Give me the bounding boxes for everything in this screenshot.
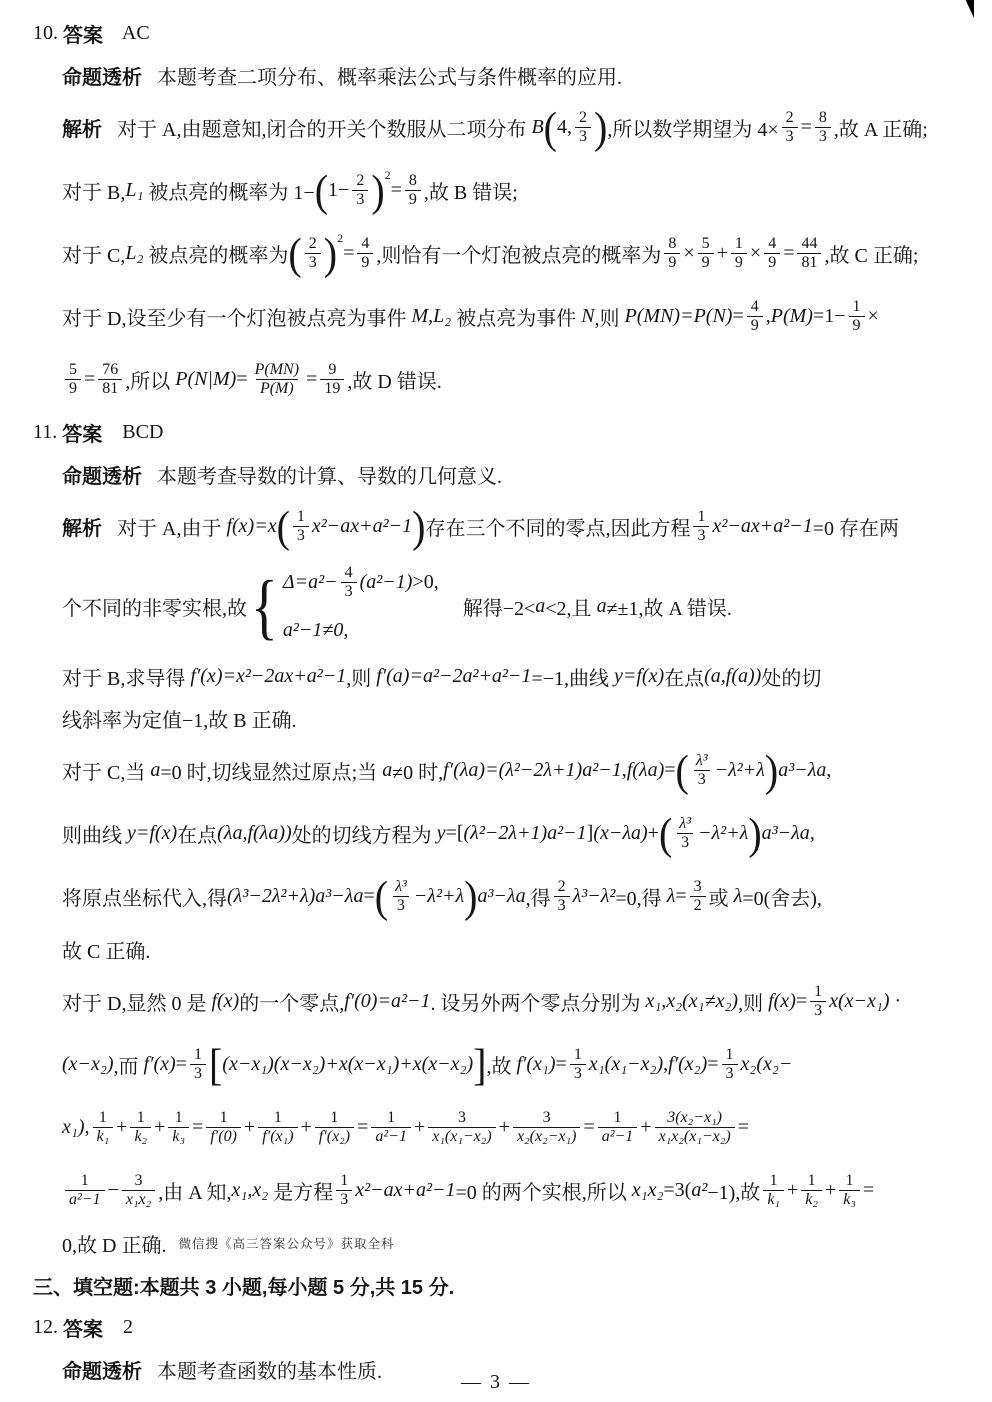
- text-run: ,故 B 错误;: [424, 176, 518, 205]
- text-run: +: [640, 1116, 651, 1139]
- fraction: 3x₁x₂: [122, 1172, 155, 1210]
- text-run: ≠0 时,: [392, 756, 443, 785]
- document-line: 将原点坐标代入,得(λ³−2λ²+λ)a³−λa=(λ³3−λ²+λ)a³−λa…: [33, 865, 966, 928]
- fraction: 4481: [797, 235, 821, 273]
- text-run: ,所以数学期望为 4×: [607, 113, 778, 142]
- big-paren: ): [324, 232, 337, 276]
- text-run: 对于 C,: [62, 239, 125, 268]
- text-run: =: [707, 1053, 718, 1076]
- fraction-denominator: 3: [693, 526, 709, 545]
- fraction-denominator: 3: [554, 896, 570, 915]
- text-run: ,故 D 错误.: [347, 365, 441, 394]
- fraction: λ³3: [692, 752, 712, 790]
- fraction: 49: [747, 298, 763, 336]
- fraction-denominator: k₃: [168, 1127, 189, 1146]
- fraction-numerator: 5: [65, 361, 81, 379]
- fraction-numerator: 1: [722, 1046, 738, 1064]
- text-run: =0 的两个实根,所以: [455, 1176, 631, 1205]
- math-run: y=f(x): [614, 665, 664, 688]
- text-run: +: [825, 1179, 836, 1202]
- math-run: a²−1≠0,: [283, 619, 348, 642]
- fraction: 19: [849, 298, 865, 336]
- math-run: x₁(x₁−x₂): [589, 1053, 663, 1076]
- text-run: 的一个零点,: [239, 987, 344, 1016]
- text-run: +: [787, 1179, 798, 1202]
- fraction-denominator: 9: [698, 253, 714, 272]
- fraction-numerator: 3: [690, 878, 706, 896]
- text-run: =0,得: [615, 882, 666, 911]
- fraction: 89: [664, 235, 680, 273]
- cases-line: a²−1≠0,: [283, 612, 439, 650]
- text-run: 对于 A,由题意知,闭合的开关个数服从二项分布: [102, 113, 531, 142]
- text-run: =: [583, 1116, 594, 1139]
- text-run: ,: [85, 1116, 90, 1139]
- text-run: 在点: [177, 819, 217, 848]
- fraction-numerator: 1: [842, 1172, 858, 1190]
- text-run: =: [732, 305, 743, 328]
- document-line: 解析 对于 A,由于 f(x)=x(13x²−ax+a²−1)存在三个不同的零点…: [33, 495, 966, 558]
- document-line: (x−x₂),而 f′(x)=13[(x−x₁)(x−x₂)+x(x−x₁)+x…: [33, 1033, 966, 1096]
- text-run: =0 时,切线显然过原点;当: [160, 756, 382, 785]
- document-line: 11. 答案 BCD: [33, 411, 966, 453]
- document-line: x₁),1k₁+1k₂+1k₃=1f′(0)+1f′(x₁)+1f′(x₂)=1…: [33, 1096, 966, 1159]
- fraction: 49: [357, 235, 373, 273]
- text-run: 1−: [328, 179, 349, 202]
- math-run: a³−λa: [762, 822, 810, 845]
- bold-label: 答案: [62, 418, 102, 447]
- math-run: λ: [734, 885, 743, 908]
- page-number: — 3 —: [0, 1371, 992, 1394]
- math-run: P(MN)=P(N): [625, 305, 733, 328]
- text-run: +: [648, 822, 659, 845]
- text-run: =3(: [663, 1179, 691, 1202]
- fraction-denominator: x₂(x₂−x₁): [513, 1127, 580, 1146]
- fraction-numerator: 1: [326, 1109, 342, 1127]
- fraction-numerator: 4: [357, 235, 373, 253]
- text-run: ×: [750, 242, 761, 265]
- bold-label: 答案: [63, 19, 103, 48]
- text-run: 本题考查导数的计算、导数的几何意义.: [142, 460, 502, 489]
- fraction: 89: [405, 172, 421, 210]
- fraction: 43: [341, 564, 357, 602]
- math-run: x²−ax+a²−1: [355, 1179, 455, 1202]
- text-run: 对于 D,设至少有一个灯泡被点亮为事件: [62, 302, 411, 331]
- text-run: ,而: [114, 1050, 144, 1079]
- document-line: 对于 C,当 a=0 时,切线显然过原点;当 a≠0 时,f′(λa)=(λ²−…: [33, 739, 966, 802]
- math-run: L₂: [125, 242, 143, 265]
- fraction: 19: [731, 235, 747, 273]
- text-run: ×: [683, 242, 694, 265]
- fraction-denominator: 9: [764, 253, 780, 272]
- big-paren: (: [277, 505, 290, 549]
- math-run: f′(x)=x²−2ax+a²−1: [190, 665, 346, 688]
- fraction: 23: [305, 235, 321, 273]
- text-run: −: [108, 1179, 119, 1202]
- fraction: 23: [554, 878, 570, 916]
- text-run: =: [675, 885, 686, 908]
- fraction-denominator: 3: [336, 1190, 352, 1209]
- math-run: B: [531, 116, 543, 139]
- text-run: 12.: [33, 1316, 63, 1339]
- cases-brace: {: [251, 570, 278, 643]
- bold-label: 解析: [62, 512, 102, 541]
- fraction-numerator: 8: [405, 172, 421, 190]
- text-run: 本题考查二项分布、概率乘法公式与条件概率的应用.: [142, 61, 622, 90]
- fraction: 1f′(0): [206, 1109, 241, 1147]
- fraction-numerator: 9: [324, 361, 340, 379]
- fraction-denominator: 3: [190, 1064, 206, 1083]
- math-run: M: [411, 305, 428, 328]
- fraction-denominator: 3: [782, 127, 798, 146]
- math-run: x₂(x₂−: [741, 1053, 793, 1076]
- text-run: =: [306, 368, 317, 391]
- text-run: =: [84, 368, 95, 391]
- text-run: 4,: [557, 116, 572, 139]
- fraction-denominator: a²−1: [371, 1127, 411, 1146]
- text-run: AC: [103, 22, 150, 45]
- text-run: 对于 B,: [62, 176, 125, 205]
- document-line: 1a²−1−3x₁x₂,由 A 知,x₁,x₂ 是方程13x²−ax+a²−1=…: [33, 1159, 966, 1222]
- text-run: +: [717, 242, 728, 265]
- fraction: 49: [764, 235, 780, 273]
- fraction-numerator: 1: [693, 508, 709, 526]
- math-run: −λ²+λ: [698, 822, 748, 845]
- fraction-numerator: 1: [190, 1046, 206, 1064]
- document-line: 三、填空题:本题共 3 小题,每小题 5 分,共 15 分.: [33, 1264, 966, 1306]
- fraction: 23: [575, 109, 591, 147]
- text-run: ,故 A 正确;: [834, 113, 928, 142]
- math-run: (x−x₁)(x−x₂)+x(x−x₁)+x(x−x₂): [222, 1053, 473, 1076]
- text-run: 11.: [33, 421, 62, 444]
- text-run: =: [863, 1179, 874, 1202]
- fraction: 1a²−1: [371, 1109, 411, 1147]
- fraction-denominator: P(M): [256, 379, 298, 398]
- fraction: 1a²−1: [598, 1109, 638, 1147]
- fraction-numerator: 1: [133, 1109, 149, 1127]
- fraction: 13: [693, 508, 709, 546]
- fraction-denominator: k₁: [93, 1127, 114, 1146]
- text-run: =1−: [813, 305, 846, 328]
- fraction: 1k₃: [168, 1109, 189, 1147]
- text-run: ]: [587, 822, 594, 845]
- fraction: 13: [190, 1046, 206, 1084]
- fraction: 83: [815, 109, 831, 147]
- fraction: 7681: [98, 361, 122, 399]
- fraction-denominator: 81: [98, 379, 122, 398]
- fraction-denominator: 81: [797, 253, 821, 272]
- text-run: =0(舍去),: [742, 882, 822, 911]
- fraction-numerator: P(MN): [251, 361, 303, 379]
- text-run: . 设另外两个零点分别为: [430, 987, 645, 1016]
- fraction-numerator: 2: [554, 878, 570, 896]
- math-run: (λa,f(λa)): [217, 822, 292, 845]
- fraction: 13: [810, 983, 826, 1021]
- fraction-numerator: 1: [383, 1109, 399, 1127]
- fraction: 1f′(x₁): [258, 1109, 297, 1147]
- document-line: 对于 B,L₁ 被点亮的概率为 1−(1−23)2=89,故 B 错误;: [33, 159, 966, 222]
- fraction: 3x₂(x₂−x₁): [513, 1109, 580, 1147]
- text-run: =: [801, 116, 812, 139]
- fraction-denominator: 3: [575, 127, 591, 146]
- fraction-numerator: 2: [782, 109, 798, 127]
- fraction-numerator: 1: [95, 1109, 111, 1127]
- text-run: ,则: [738, 987, 768, 1016]
- fraction-numerator: λ³: [391, 878, 411, 896]
- math-run: (x−λa): [593, 822, 647, 845]
- document-line: 故 C 正确.: [33, 928, 966, 970]
- fraction: 32: [690, 878, 706, 916]
- document-line: 0,故 D 正确.微信搜《高三答案公众号》获取全科: [33, 1222, 966, 1264]
- fraction-numerator: 1: [731, 235, 747, 253]
- fraction-numerator: 1: [609, 1109, 625, 1127]
- text-run: ,则: [346, 662, 376, 691]
- text-run: ≠±1,故 A 错误.: [607, 592, 732, 621]
- fraction: P(MN)P(M): [251, 361, 303, 399]
- math-run: (x−x₂): [62, 1053, 114, 1076]
- fraction-denominator: 3: [677, 833, 693, 852]
- fraction: 1a²−1: [65, 1172, 105, 1210]
- big-paren: (: [659, 812, 672, 856]
- fraction: 1k₂: [130, 1109, 151, 1147]
- big-paren: ): [464, 875, 477, 919]
- fraction-denominator: 3: [393, 896, 409, 915]
- fraction-numerator: 1: [216, 1109, 232, 1127]
- text-run: =0 存在两: [813, 512, 899, 541]
- math-run: x²−ax+a²−1: [712, 515, 812, 538]
- fraction-denominator: a²−1: [65, 1190, 105, 1209]
- text-run: <2,且: [545, 592, 596, 621]
- fraction: λ³3: [675, 815, 695, 853]
- math-run: f′(a)=a²−2a²+a²−1: [376, 665, 531, 688]
- fraction: 13: [722, 1046, 738, 1084]
- text-run: 在点: [664, 662, 704, 691]
- text-run: 被点亮的概率为: [143, 239, 288, 268]
- text-run: 处的切线方程为: [292, 819, 437, 848]
- fraction-denominator: x₁x₂: [122, 1190, 155, 1209]
- text-run: 处的切: [761, 662, 821, 691]
- math-run: (a,f(a)): [704, 665, 761, 688]
- fraction: 59: [698, 235, 714, 273]
- math-run: L₂: [433, 305, 451, 328]
- text-run: >0,: [412, 571, 438, 594]
- text-run: =: [391, 179, 402, 202]
- fraction-numerator: 4: [341, 564, 357, 582]
- math-run: λ: [667, 885, 676, 908]
- fraction-numerator: 1: [849, 298, 865, 316]
- math-run: λ³−λ²: [573, 885, 616, 908]
- fraction-denominator: 9: [664, 253, 680, 272]
- text-run: ,: [810, 822, 815, 845]
- math-run: a²: [691, 1179, 707, 1202]
- fraction: 919: [320, 361, 344, 399]
- fraction: 23: [352, 172, 368, 210]
- fraction: 1k₁: [763, 1172, 784, 1210]
- math-run: a³−λa: [778, 759, 826, 782]
- fraction-denominator: 3: [305, 253, 321, 272]
- text-run: ,所以: [125, 365, 175, 394]
- text-run: =: [796, 990, 807, 1013]
- math-run: y=f(x): [127, 822, 177, 845]
- fraction-numerator: 44: [797, 235, 821, 253]
- text-run: ,由 A 知,: [158, 1176, 231, 1205]
- text-run: 0,故 D 正确.: [62, 1229, 166, 1258]
- text-run: =: [738, 1116, 749, 1139]
- text-run: =: [176, 1053, 187, 1076]
- text-run: 个不同的非零实根,故: [62, 592, 247, 621]
- fraction: 23: [782, 109, 798, 147]
- fraction-denominator: 9: [357, 253, 373, 272]
- fraction-numerator: λ³: [675, 815, 695, 833]
- big-paren: (: [544, 106, 557, 150]
- math-run: f(x): [211, 990, 239, 1013]
- text-run: =: [236, 368, 247, 391]
- text-run: 是方程: [268, 1176, 333, 1205]
- fraction-numerator: λ³: [692, 752, 712, 770]
- text-run: 或: [709, 882, 734, 911]
- fraction-numerator: 5: [698, 235, 714, 253]
- fraction-denominator: 19: [320, 379, 344, 398]
- fraction-denominator: 2: [690, 896, 706, 915]
- math-run: f(x)=x: [226, 515, 276, 538]
- text-run: ,故: [486, 1050, 516, 1079]
- document-line: 对于 B,求导得 f′(x)=x²−2ax+a²−1,则 f′(a)=a²−2a…: [33, 655, 966, 697]
- document-line: 命题透析 本题考查二项分布、概率乘法公式与条件概率的应用.: [33, 54, 966, 96]
- fraction: 3x₁(x₁−x₂): [428, 1109, 495, 1147]
- fraction-numerator: 1: [810, 983, 826, 1001]
- fraction-denominator: x₁(x₁−x₂): [428, 1127, 495, 1146]
- math-run: a: [597, 595, 607, 618]
- fraction-numerator: 3(x₂−x₁): [663, 1109, 726, 1127]
- text-run: 线斜率为定值−1,故 B 正确.: [62, 704, 297, 733]
- document-line: 10. 答案 AC: [33, 12, 966, 54]
- fraction-numerator: 2: [575, 109, 591, 127]
- fraction: 1k₂: [801, 1172, 822, 1210]
- fraction-denominator: k₂: [130, 1127, 151, 1146]
- math-run: x₁): [62, 1116, 85, 1139]
- text-run: 被点亮的概率为 1−: [143, 176, 314, 205]
- fraction-denominator: a²−1: [598, 1127, 638, 1146]
- fraction-denominator: 3: [570, 1064, 586, 1083]
- fraction-numerator: 76: [98, 361, 122, 379]
- text-run: ,故 C 正确;: [824, 239, 918, 268]
- math-run: (λ³−2λ²+λ)a³−λa: [227, 885, 363, 908]
- text-run: =: [192, 1116, 203, 1139]
- fraction-denominator: 9: [405, 190, 421, 209]
- document-line: 对于 D,显然 0 是 f(x)的一个零点,f′(0)=a²−1. 设另外两个零…: [33, 970, 966, 1033]
- text-run: ,则恰有一个灯泡被点亮的概率为: [376, 239, 661, 268]
- text-run: 对于 D,显然 0 是: [62, 987, 211, 1016]
- fraction-denominator: x₁x₂(x₁−x₂): [655, 1127, 735, 1146]
- math-run: a: [382, 759, 392, 782]
- math-run: P(M): [771, 305, 813, 328]
- big-paren: (: [676, 749, 689, 793]
- fraction-denominator: 3: [694, 770, 710, 789]
- fraction-denominator: 9: [731, 253, 747, 272]
- text-run: 存在三个不同的零点,因此方程: [425, 512, 690, 541]
- math-run: N: [581, 305, 594, 328]
- document-line: 解析 对于 A,由题意知,闭合的开关个数服从二项分布 B(4,23),所以数学期…: [33, 96, 966, 159]
- fraction-denominator: k₃: [839, 1190, 860, 1209]
- text-run: =[: [446, 822, 464, 845]
- big-paren: ): [371, 169, 384, 213]
- fraction-denominator: 3: [810, 1001, 826, 1020]
- math-run: y: [437, 822, 446, 845]
- fraction: 13: [570, 1046, 586, 1084]
- fraction-denominator: 3: [722, 1064, 738, 1083]
- fraction: λ³3: [391, 878, 411, 916]
- math-run: −λ²+λ: [414, 885, 464, 908]
- fraction: 13: [293, 508, 309, 546]
- fraction-numerator: 1: [570, 1046, 586, 1064]
- text-run: 对于 C,当: [62, 756, 150, 785]
- text-run: ,则: [595, 302, 625, 331]
- math-run: f′(λa)=(λ²−2λ+1)a²−1: [443, 759, 622, 782]
- text-run: =: [556, 1053, 567, 1076]
- fraction: 59: [65, 361, 81, 399]
- fraction-denominator: 3: [341, 582, 357, 601]
- watermark: 微信搜《高三答案公众号》获取全科: [178, 1234, 394, 1252]
- math-run: (a²−1): [360, 571, 413, 594]
- big-paren: ): [412, 505, 425, 549]
- text-run: −1),故: [707, 1176, 760, 1205]
- fraction: 13: [336, 1172, 352, 1210]
- cases-line: Δ=a²−43(a²−1)>0,: [283, 564, 439, 602]
- fraction-numerator: 1: [766, 1172, 782, 1190]
- math-run: f′(x₁): [516, 1053, 555, 1076]
- fraction-numerator: 2: [305, 235, 321, 253]
- cases-rows: Δ=a²−43(a²−1)>0,a²−1≠0,: [283, 564, 439, 650]
- math-run: P(N|M): [175, 368, 236, 391]
- document-line: 对于 C,L₂ 被点亮的概率为(23)2=49,则恰有一个灯泡被点亮的概率为89…: [33, 222, 966, 285]
- math-run: x₁,x₂: [232, 1179, 269, 1202]
- big-paren: ]: [473, 1043, 486, 1087]
- math-run: f′(x): [144, 1053, 176, 1076]
- document-line: 命题透析 本题考查导数的计算、导数的几何意义.: [33, 453, 966, 495]
- document-line: 59=7681,所以 P(N|M)=P(MN)P(M)=919,故 D 错误.: [33, 348, 966, 411]
- fraction-numerator: 1: [336, 1172, 352, 1190]
- math-run: a: [150, 759, 160, 782]
- math-run: Δ=a²−: [283, 571, 338, 594]
- fraction-numerator: 3: [454, 1109, 470, 1127]
- big-paren: (: [288, 232, 301, 276]
- math-run: L₁: [125, 179, 143, 202]
- text-run: ,: [826, 759, 831, 782]
- fraction: 1f′(x₂): [315, 1109, 354, 1147]
- text-run: ×: [868, 305, 879, 328]
- math-run: (λ²−2λ+1)a²−1: [464, 822, 587, 845]
- fraction-numerator: 8: [664, 235, 680, 253]
- text-run: =: [363, 885, 374, 908]
- math-run: x(x−x₁): [829, 990, 889, 1013]
- fraction: 1k₃: [839, 1172, 860, 1210]
- text-run: 被点亮为事件: [451, 302, 581, 331]
- big-paren: ): [748, 812, 761, 856]
- fraction-denominator: k₁: [763, 1190, 784, 1209]
- fraction-denominator: 3: [815, 127, 831, 146]
- math-run: x₁,x₂(x₁≠x₂): [645, 990, 738, 1013]
- fraction: 3(x₂−x₁)x₁x₂(x₁−x₂): [655, 1109, 735, 1147]
- fraction-denominator: 3: [352, 190, 368, 209]
- math-run: f(λa): [627, 759, 665, 782]
- text-run: +: [499, 1116, 510, 1139]
- fraction-numerator: 1: [804, 1172, 820, 1190]
- bold-label: 三、填空题:本题共 3 小题,每小题 5 分,共 15 分.: [33, 1271, 454, 1300]
- document-line: 对于 D,设至少有一个灯泡被点亮为事件 M,L₂ 被点亮为事件 N,则 P(MN…: [33, 285, 966, 348]
- bold-label: 命题透析: [62, 61, 142, 90]
- text-run: +: [244, 1116, 255, 1139]
- math-run: f′(x₂): [668, 1053, 707, 1076]
- fraction-numerator: 3: [131, 1172, 147, 1190]
